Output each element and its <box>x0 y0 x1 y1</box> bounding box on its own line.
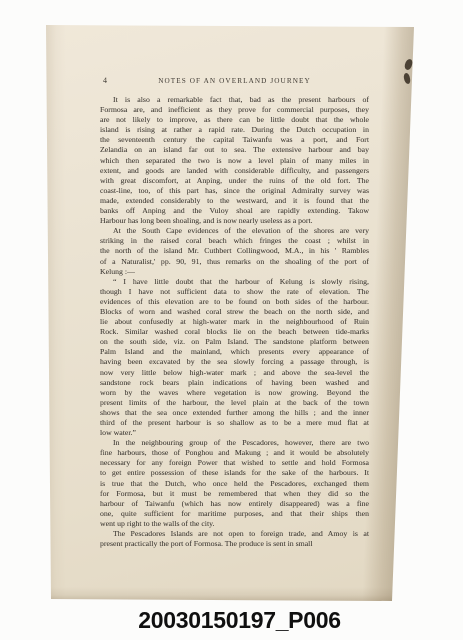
text-line: The Pescadores Islands are not open to f… <box>100 529 369 539</box>
scan-viewer: 4 NOTES OF AN OVERLAND JOURNEY It is als… <box>0 0 463 640</box>
text-line: striking in the raised coral beach which… <box>100 236 369 246</box>
page-body: It is also a remarkable fact that, bad a… <box>100 95 369 549</box>
text-line: to get entire possession of these island… <box>100 468 369 478</box>
text-line: on the south side, viz. on Palm Island. … <box>100 337 369 347</box>
text-line: coast-line, too, of this part has, since… <box>100 186 369 196</box>
text-line: Zelandia on an island far out to sea. Th… <box>100 145 369 155</box>
text-line: present practically the port of Formosa.… <box>100 539 369 549</box>
text-line: is true that the Dutch, who once held th… <box>100 479 369 489</box>
text-line: Formosa are, and inefficient as they pro… <box>100 105 369 115</box>
page-edge-speck <box>404 58 413 70</box>
text-line: harbour of Taiwanfu (which has now entir… <box>100 499 369 509</box>
text-line: lie about confusedly at high-water mark … <box>100 317 369 327</box>
text-line: having been excavated by the sea slowly … <box>100 357 369 367</box>
artifact-id-caption: 20030150197_P006 <box>10 607 463 634</box>
text-line: went up right to the walls of the city. <box>100 519 369 529</box>
text-line: evidences of this elevation are to be fo… <box>100 297 369 307</box>
text-line: Kelung :— <box>100 267 369 277</box>
page-edge-speck <box>403 73 410 85</box>
text-line: present limits of the harbour, the level… <box>100 398 369 408</box>
text-line: shows that the sea once extended further… <box>100 408 369 418</box>
text-line: Palm Island and the mainland, which pres… <box>100 347 369 357</box>
text-line: of a Naturalist,' pp. 90, 91, thus remar… <box>100 257 369 267</box>
text-line: It is also a remarkable fact that, bad a… <box>100 95 369 105</box>
text-line: the seventeenth century the capital Taiw… <box>100 135 369 145</box>
text-line: “ I have little doubt that the harbour o… <box>100 277 369 287</box>
text-line: Harbour has long been shoaling, and is n… <box>100 216 369 226</box>
text-line: Blocks of worn and washed coral strew th… <box>100 307 369 317</box>
text-line: the north of the island Mr. Cuthbert Col… <box>100 246 369 256</box>
text-line: which then separated the two is now a le… <box>100 156 369 166</box>
text-line: low water.” <box>100 428 369 438</box>
text-line: are not likely to improve, as there can … <box>100 115 369 125</box>
text-line: extent, and goods are landed with consid… <box>100 166 369 176</box>
text-line: banks off Anping and the Vuloy shoal are… <box>100 206 369 216</box>
scanned-book-page: 4 NOTES OF AN OVERLAND JOURNEY It is als… <box>46 24 414 601</box>
text-line: for Formosa, but it must be remembered t… <box>100 489 369 499</box>
text-line: fine harbours, those of Ponghou and Maku… <box>100 448 369 458</box>
text-line: one, quite sufficient for maritime purpo… <box>100 509 369 519</box>
text-line: Rock. Similar washed coral blocks lie on… <box>100 327 369 337</box>
text-line: In the neighbouring group of the Pescado… <box>100 438 369 448</box>
text-line: though I have not sufficient data to sho… <box>100 287 369 297</box>
text-line: island is rising at rather a rapid rate.… <box>100 125 369 135</box>
text-line: worn by the waves where vegetation is no… <box>100 388 369 398</box>
text-line: made, extended considerably to the westw… <box>100 196 369 206</box>
text-line: necessary for any foreign Power that wis… <box>100 458 369 468</box>
text-line: At the South Cape evidences of the eleva… <box>100 226 369 236</box>
running-header: NOTES OF AN OVERLAND JOURNEY <box>100 77 369 85</box>
text-line: with great discomfort, at Anping, under … <box>100 176 369 186</box>
text-line: now very little below high-water mark ; … <box>100 368 369 378</box>
text-line: third of the present harbour is so shall… <box>100 418 369 428</box>
text-line: sandstone rock bears plain indications o… <box>100 378 369 388</box>
